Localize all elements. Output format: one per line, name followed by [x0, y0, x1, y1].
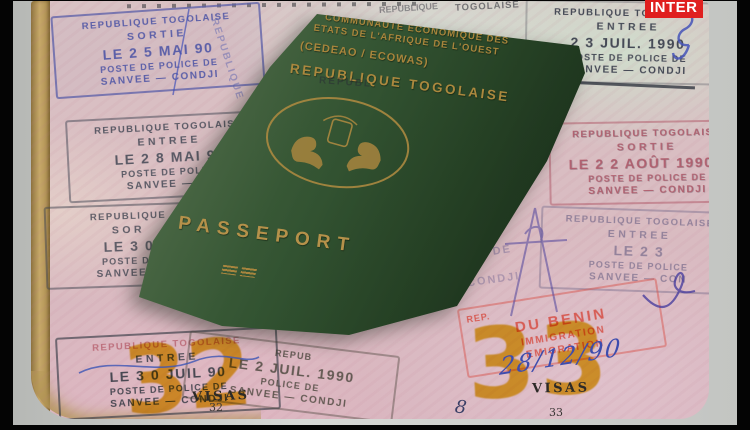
visas-label-right: VISAS	[532, 380, 590, 396]
watermark-inter-badge: INTER	[645, 0, 703, 18]
togo-coat-of-arms-icon	[257, 85, 418, 200]
pen-squiggle	[75, 347, 265, 389]
cover-emblem-bars-icon	[222, 261, 273, 277]
passport-cover-surface: REPUBLIQUE T I B COMMUNAUTE ECONOMIQUE D…	[127, 1, 607, 349]
faint-ink-mark: T I B	[439, 8, 478, 22]
passport-cover-text: COMMUNAUTE ECONOMIQUE DES ETATS DE L'AFR…	[169, 1, 549, 373]
stamp-date: LE 2 3	[613, 242, 664, 260]
stamp-line: SORTIE	[617, 140, 677, 153]
cover-title: PASSEPORT	[137, 207, 398, 263]
passport-pages-spread: REPUBLIQUE REPUBLIQUE TOGOLAISE AOU 1990…	[31, 1, 709, 419]
pen-checkmark	[637, 261, 709, 323]
page-number-left: 32	[209, 401, 223, 414]
stamp-line: ENTREE	[608, 228, 672, 242]
handwritten-mark: 8	[454, 396, 468, 418]
passport-photo: REPUBLIQUE REPUBLIQUE TOGOLAISE AOU 1990…	[0, 0, 750, 430]
passport-cover: REPUBLIQUE T I B COMMUNAUTE ECONOMIQUE D…	[127, 1, 607, 349]
page-number-right: 33	[549, 406, 563, 419]
